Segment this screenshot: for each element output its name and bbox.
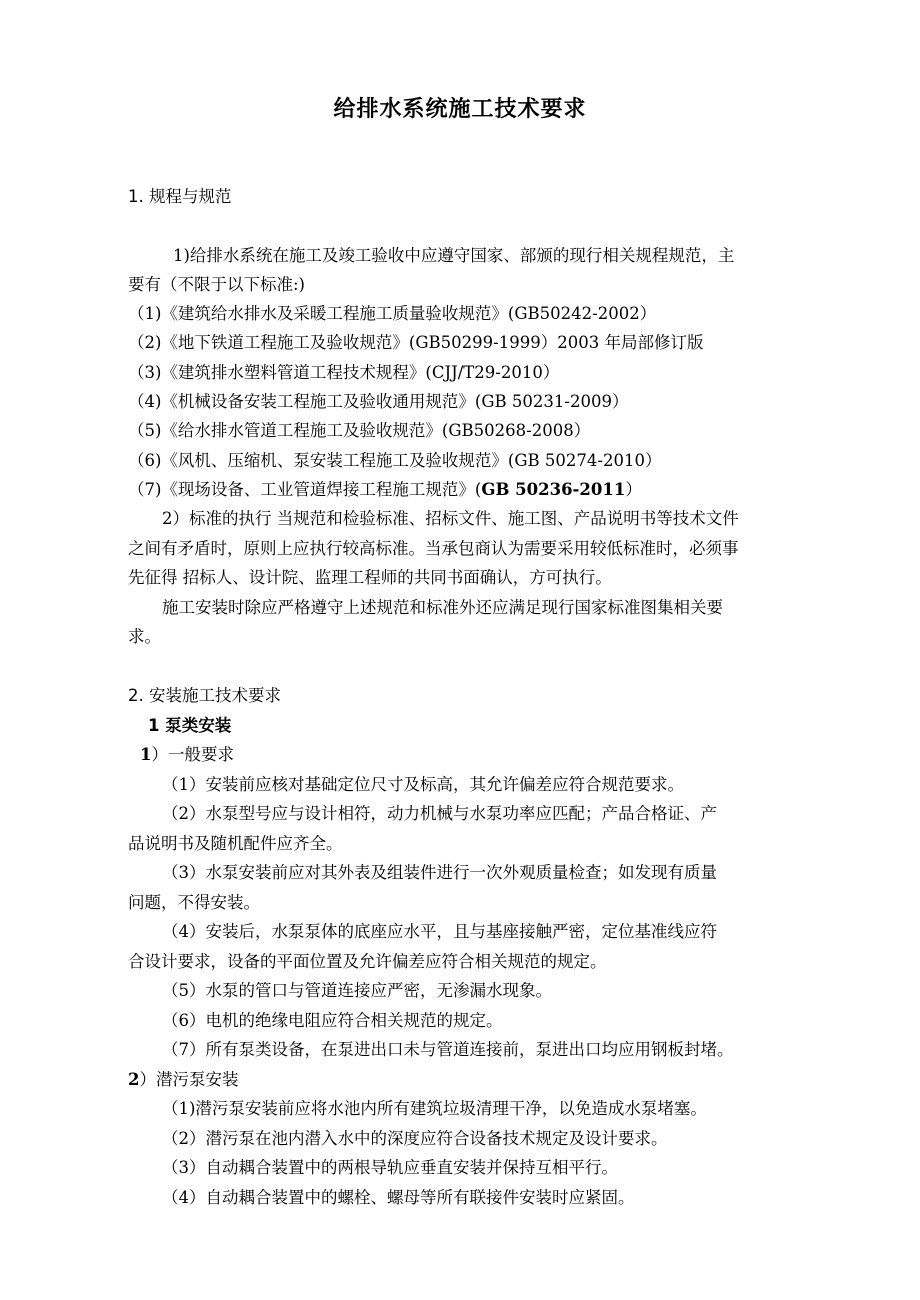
general-item-2-line-2: 品说明书及随机配件应齐全。 xyxy=(128,833,343,855)
general-item-3-line-2: 问题，不得安装。 xyxy=(128,892,260,914)
submersible-pump-number: 2 xyxy=(128,1070,139,1089)
submersible-pump-heading: 2）潜污泵安装 xyxy=(128,1069,238,1091)
document-title: 给排水系统施工技术要求 xyxy=(0,92,920,123)
general-requirements-number: 1 xyxy=(140,745,151,764)
standard-item-2: （2)《地下铁道工程施工及验收规范》(GB50299-1999）2003 年局部… xyxy=(128,332,703,354)
general-item-7: （7）所有泵类设备，在泵进出口未与管道连接前，泵进出口均应用钢板封堵。 xyxy=(162,1039,734,1061)
general-item-4-line-1: （4）安装后，水泵泵体的底座应水平，且与基座接触严密，定位基准线应符 xyxy=(162,921,717,943)
general-requirements-label: ）一般要求 xyxy=(151,745,234,764)
general-item-3-line-1: （3）水泵安装前应对其外表及组装件进行一次外观质量检查；如发现有质量 xyxy=(162,862,717,884)
general-requirements-heading: 1）一般要求 xyxy=(140,744,234,766)
submersible-pump-label: ）潜污泵安装 xyxy=(139,1070,238,1089)
general-item-4-line-2: 合设计要求，设备的平面位置及允许偏差应符合相关规范的规定。 xyxy=(128,951,607,973)
submersible-item-4: （4）自动耦合装置中的螺栓、螺母等所有联接件安装时应紧固。 xyxy=(162,1187,635,1209)
subsection-pump-installation-heading: 1 泵类安装 xyxy=(148,715,231,737)
standard-item-1: （1)《建筑给水排水及采暖工程施工质量验收规范》(GB50242-2002） xyxy=(128,303,656,325)
section-1-paragraph-2-line-3: 先征得 招标人、设计院、监理工程师的共同书面确认，方可执行。 xyxy=(128,567,612,589)
submersible-item-3: （3）自动耦合装置中的两根导轨应垂直安装并保持互相平行。 xyxy=(162,1157,618,1179)
submersible-item-1: （1)潜污泵安装前应将水池内所有建筑垃圾清理干净，以免造成水泵堵塞。 xyxy=(162,1098,707,1120)
section-1-paragraph-2-line-1: 2）标准的执行 当规范和检验标准、招标文件、施工图、产品说明书等技术文件 xyxy=(162,508,739,530)
standard-item-7: （7)《现场设备、工业管道焊接工程施工规范》(GB 50236-2011） xyxy=(128,479,642,501)
standard-item-7-suffix: ） xyxy=(625,480,642,499)
section-2-heading: 2. 安装施工技术要求 xyxy=(128,685,281,707)
general-item-5: （5）水泵的管口与管道连接应严密，无渗漏水现象。 xyxy=(162,980,552,1002)
standard-item-6: （6)《风机、压缩机、泵安装工程施工及验收规范》(GB 50274-2010） xyxy=(128,450,661,472)
general-item-6: （6）电机的绝缘电阻应符合相关规范的规定。 xyxy=(162,1010,503,1032)
standard-item-3: （3)《建筑排水塑料管道工程技术规程》(CJJ/T29-2010） xyxy=(128,362,559,384)
submersible-item-2: （2）潜污泵在池内潜入水中的深度应符合设备技术规定及设计要求。 xyxy=(162,1128,668,1150)
standard-item-5: （5)《给水排水管道工程施工及验收规范》(GB50268-2008） xyxy=(128,420,590,442)
section-1-paragraph-3-line-2: 求。 xyxy=(128,626,161,648)
section-1-paragraph-2-line-2: 之间有矛盾时，原则上应执行较高标准。当承包商认为需要采用较低标准时，必须事 xyxy=(128,538,739,560)
general-item-2-line-1: （2）水泵型号应与设计相符，动力机械与水泵功率应匹配；产品合格证、产 xyxy=(162,803,717,825)
section-1-paragraph-1-line-2: 要有（不限于以下标准:) xyxy=(128,274,305,296)
section-1-paragraph-3-line-1: 施工安装时除应严格遵守上述规范和标准外还应满足现行国家标准图集相关要 xyxy=(162,597,723,619)
standard-item-7-prefix: （7)《现场设备、工业管道焊接工程施工规范》( xyxy=(128,480,481,499)
section-1-heading: 1. 规程与规范 xyxy=(128,186,232,208)
section-1-paragraph-1-line-1: 1)给排水系统在施工及竣工验收中应遵守国家、部颁的现行相关规程规范，主 xyxy=(173,245,734,267)
general-item-1: （1）安装前应核对基础定位尺寸及标高，其允许偏差应符合规范要求。 xyxy=(162,774,684,796)
standard-item-7-code: GB 50236-2011 xyxy=(481,480,625,499)
document-page: 给排水系统施工技术要求 1. 规程与规范 1)给排水系统在施工及竣工验收中应遵守… xyxy=(0,0,920,1300)
standard-item-4: （4)《机械设备安装工程施工及验收通用规范》(GB 50231-2009） xyxy=(128,391,628,413)
